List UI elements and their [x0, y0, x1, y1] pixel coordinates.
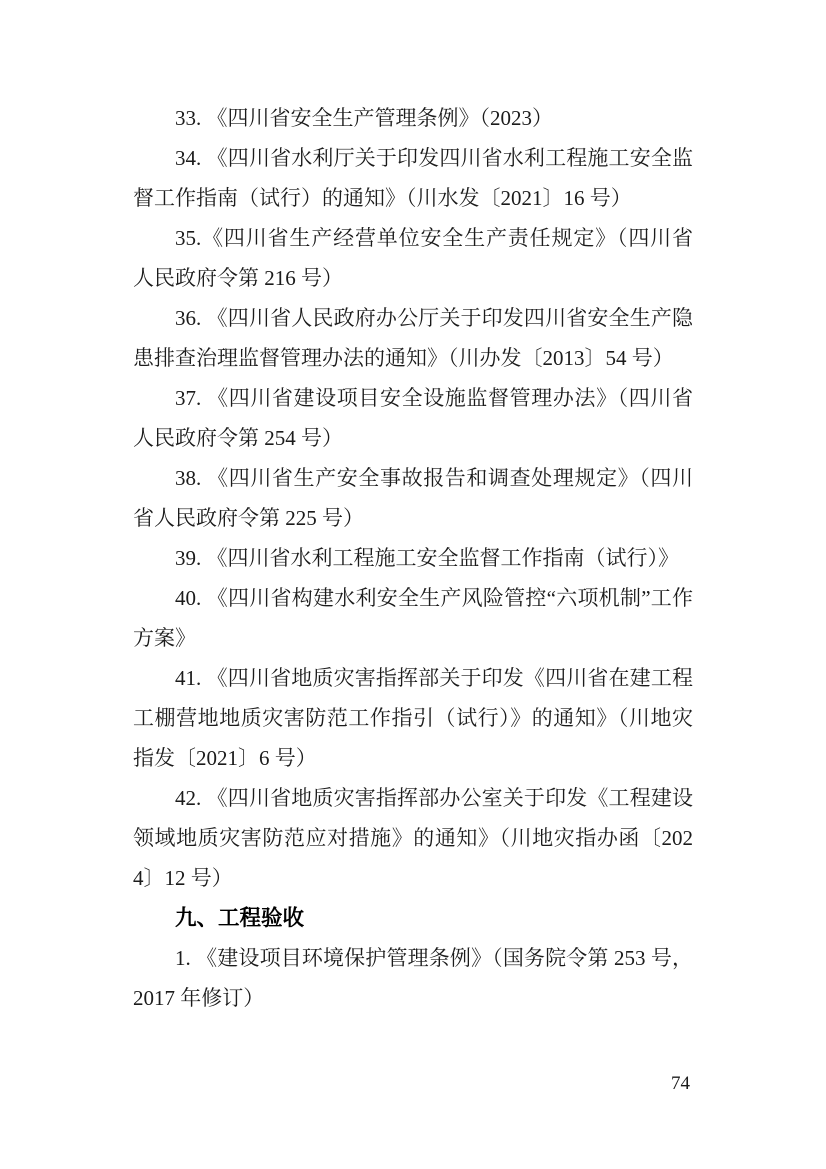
- list-item: 33. 《四川省安全生产管理条例》（2023）: [133, 98, 693, 138]
- list-item: 40. 《四川省构建水利安全生产风险管控“六项机制”工作方案》: [133, 578, 693, 658]
- list-item: 38. 《四川省生产安全事故报告和调查处理规定》（四川省人民政府令第 225 号…: [133, 458, 693, 538]
- page-number: 74: [671, 1072, 690, 1096]
- list-item: 42. 《四川省地质灾害指挥部办公室关于印发《工程建设领域地质灾害防范应对措施》…: [133, 778, 693, 898]
- document-page: 33. 《四川省安全生产管理条例》（2023） 34. 《四川省水利厅关于印发四…: [0, 0, 826, 1169]
- list-item: 41. 《四川省地质灾害指挥部关于印发《四川省在建工程工棚营地地质灾害防范工作指…: [133, 658, 693, 778]
- section-heading: 九、工程验收: [133, 898, 693, 938]
- list-item: 36. 《四川省人民政府办公厅关于印发四川省安全生产隐患排查治理监督管理办法的通…: [133, 298, 693, 378]
- list-item: 1. 《建设项目环境保护管理条例》（国务院令第 253 号，2017 年修订）: [133, 938, 693, 1018]
- list-item: 34. 《四川省水利厅关于印发四川省水利工程施工安全监督工作指南（试行）的通知》…: [133, 138, 693, 218]
- list-item: 37. 《四川省建设项目安全设施监督管理办法》（四川省人民政府令第 254 号）: [133, 378, 693, 458]
- list-item: 39. 《四川省水利工程施工安全监督工作指南（试行）》: [133, 538, 693, 578]
- document-body: 33. 《四川省安全生产管理条例》（2023） 34. 《四川省水利厅关于印发四…: [133, 98, 693, 1018]
- list-item: 35.《四川省生产经营单位安全生产责任规定》（四川省人民政府令第 216 号）: [133, 218, 693, 298]
